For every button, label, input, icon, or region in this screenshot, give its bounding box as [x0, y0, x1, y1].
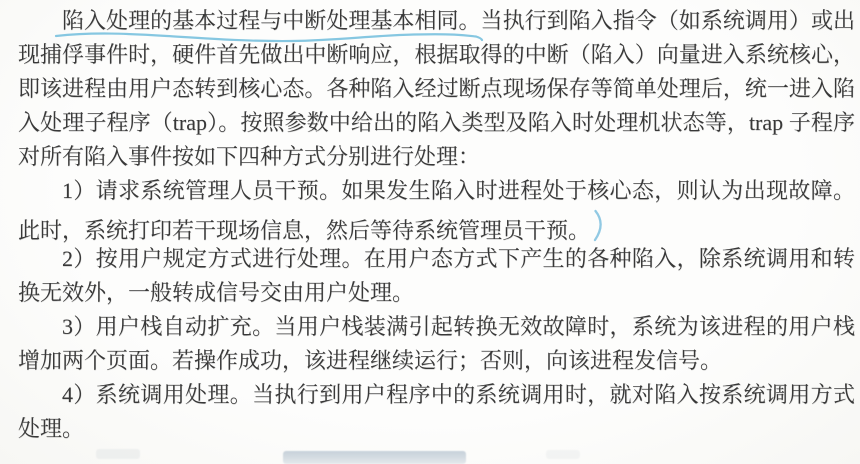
- scan-artifact-smudge: [546, 450, 580, 459]
- scanned-textbook-page: 陷入处理的基本过程与中断处理基本相同。当执行到陷入指令（如系统调用）或出 现捕俘…: [0, 0, 860, 464]
- scan-artifact-smudge: [96, 449, 140, 459]
- text-line-3: 即该进程由用户态转到核心态。各种陷入经过断点现场保存等简单处理后，统一进入陷: [18, 72, 855, 106]
- text-line-7: 此时，系统打印若干现场信息，然后等待系统管理员干预。: [18, 208, 855, 242]
- text-line-13: 处理。: [18, 412, 855, 446]
- text-line-4: 入处理子程序（trap）。按照参数中给出的陷入类型及陷入时处理机状态等，trap…: [18, 106, 855, 140]
- text-line-6: 1）请求系统管理人员干预。如果发生陷入时进程处于核心态，则认为出现故障。: [18, 174, 855, 208]
- text-line-7-text: 此时，系统打印若干现场信息，然后等待系统管理员干预。: [18, 218, 590, 243]
- text-line-12: 4）系统调用处理。当执行到用户程序中的系统调用时，就对陷入按系统调用方式: [18, 378, 855, 412]
- text-line-11: 增加两个页面。若操作成功，该进程继续运行；否则，向该进程发信号。: [18, 344, 855, 378]
- text-line-9: 换无效外，一般转成信号交由用户处理。: [18, 276, 855, 310]
- text-line-2: 现捕俘事件时，硬件首先做出中断响应，根据取得的中断（陷入）向量进入系统核心，: [18, 38, 855, 72]
- text-line-10: 3）用户栈自动扩充。当用户栈装满引起转换无效故障时，系统为该进程的用户栈: [18, 310, 855, 344]
- cutoff-highlight-smudge: [283, 451, 466, 464]
- text-line-5: 对所有陷入事件按如下四种方式分别进行处理：: [18, 140, 855, 174]
- text-line-8: 2）按用户规定方式进行处理。在用户态方式下产生的各种陷入，除系统调用和转: [18, 242, 855, 276]
- text-line-1: 陷入处理的基本过程与中断处理基本相同。当执行到陷入指令（如系统调用）或出: [18, 4, 855, 38]
- body-text: 陷入处理的基本过程与中断处理基本相同。当执行到陷入指令（如系统调用）或出 现捕俘…: [18, 4, 855, 446]
